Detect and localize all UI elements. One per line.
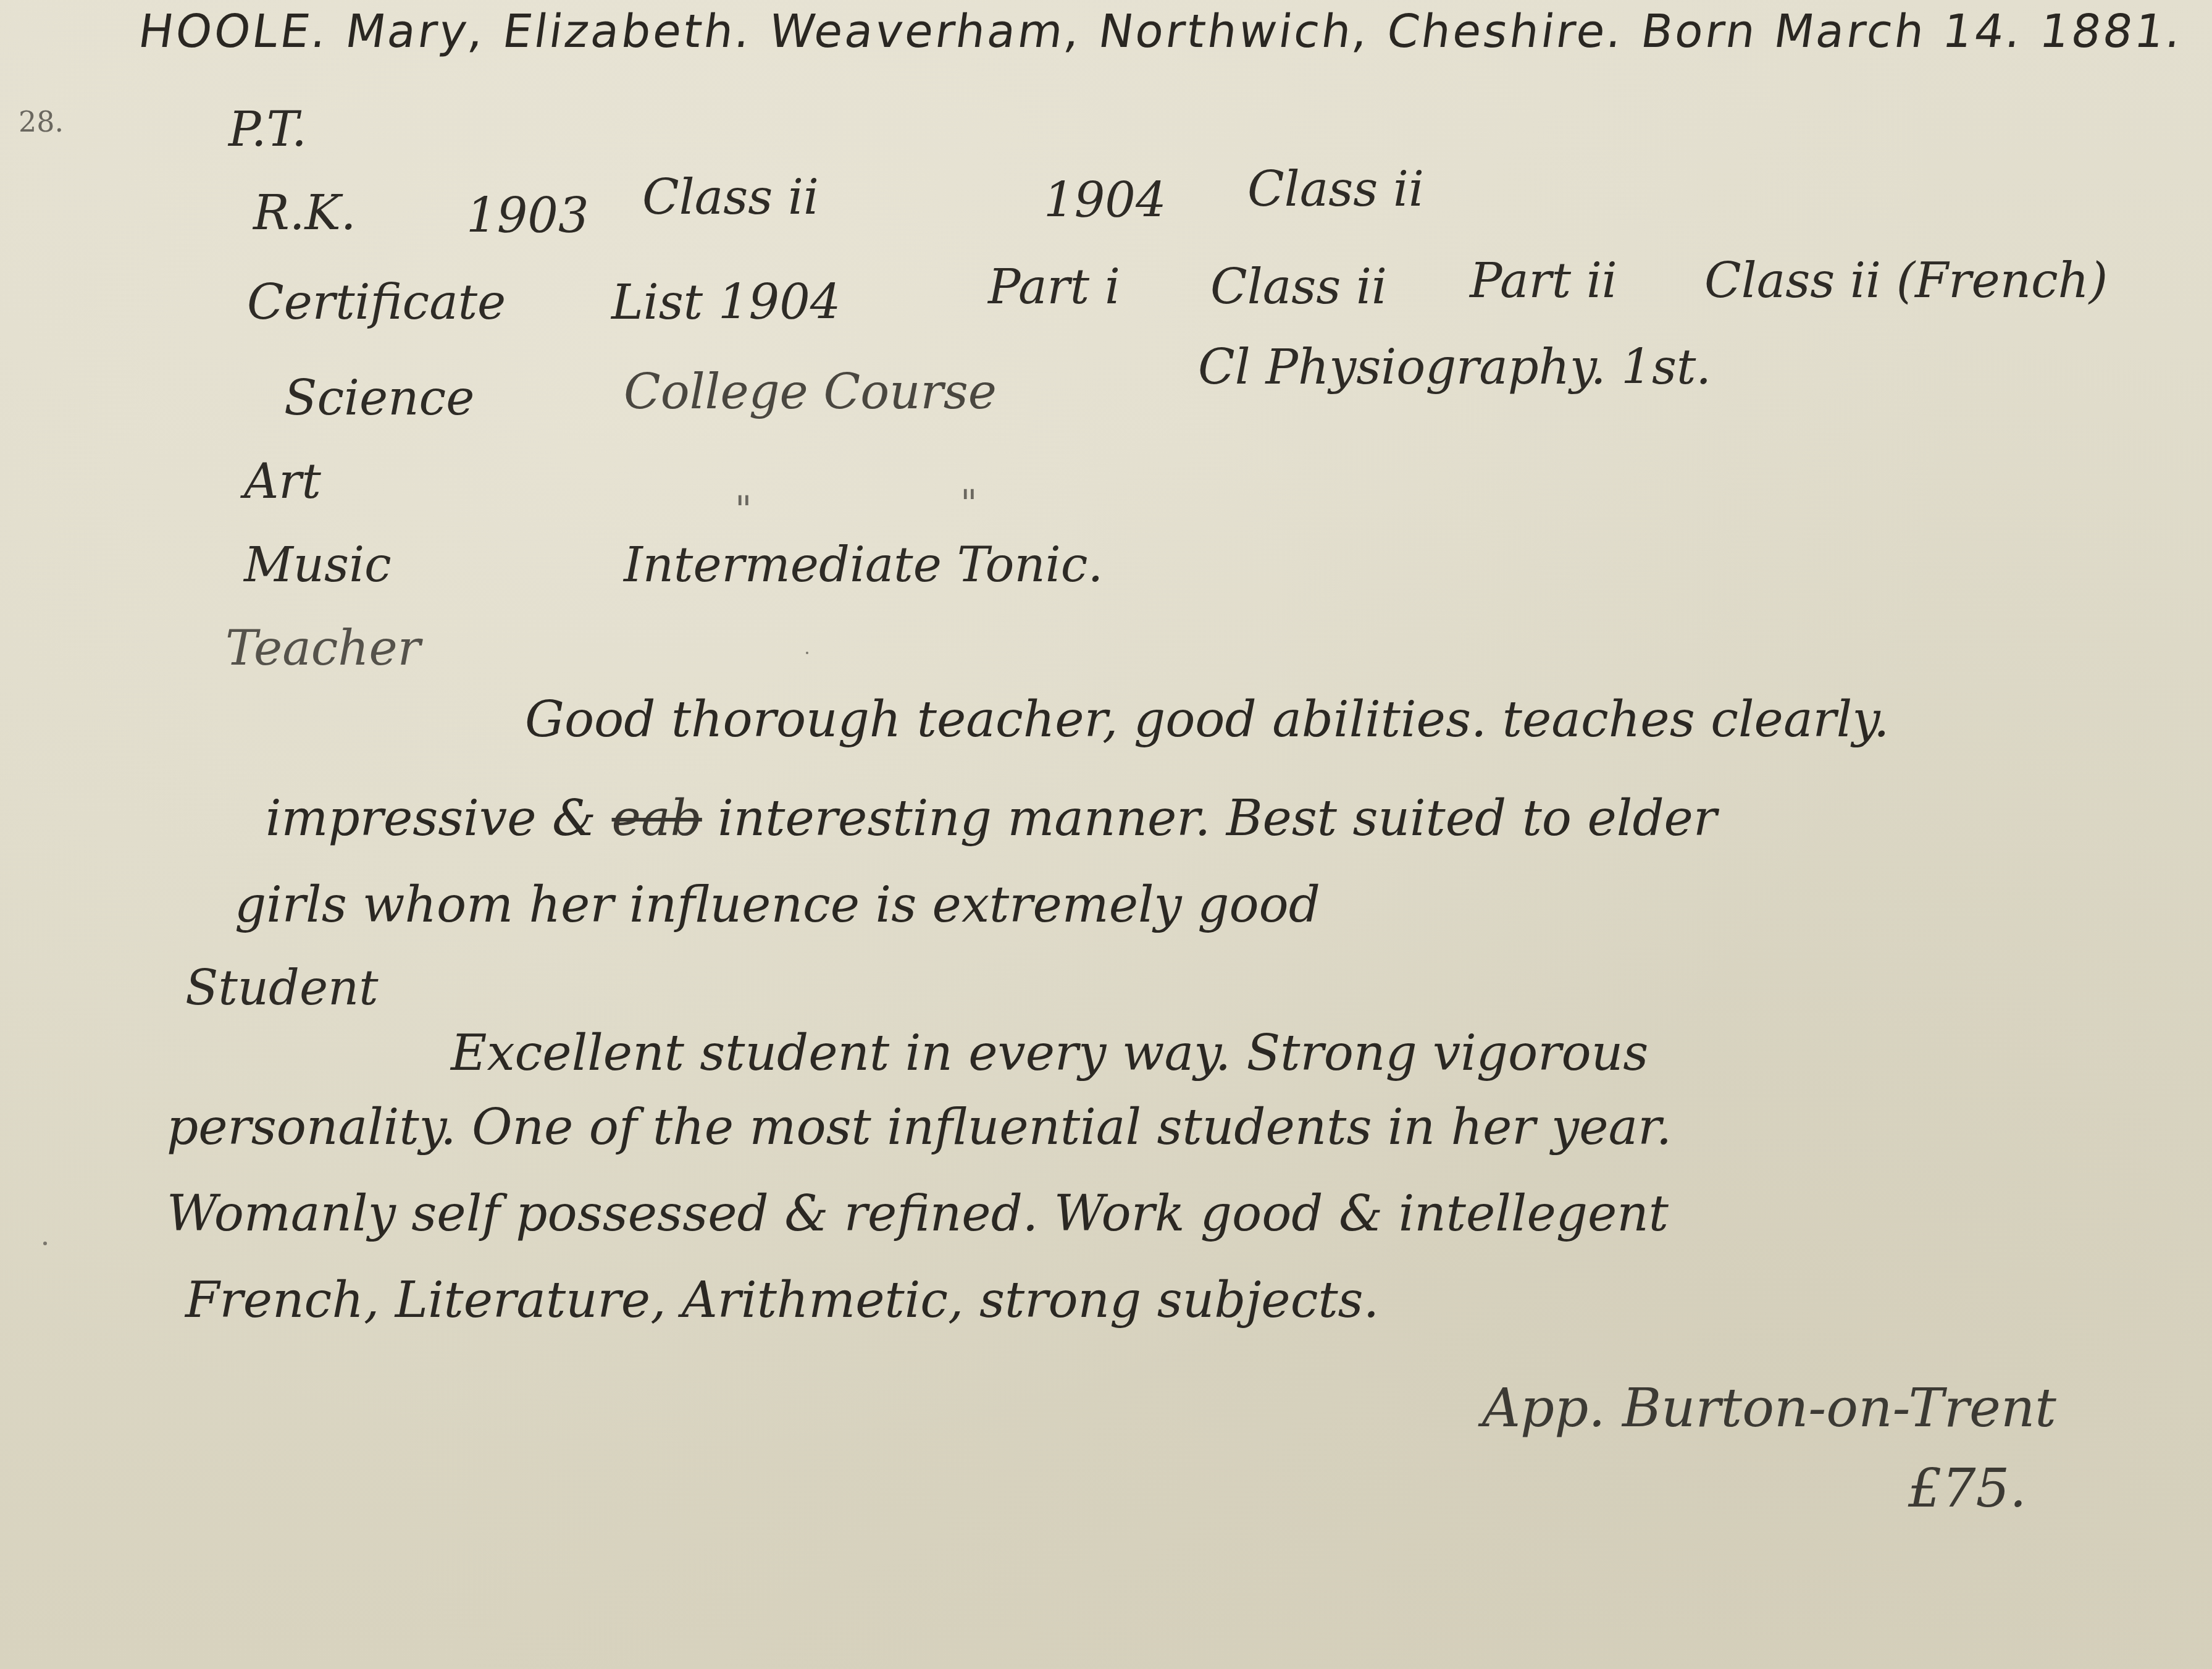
certificate-part-1-class: Class ii (1210, 259, 1387, 315)
rk-year-1903: 1903 (466, 188, 589, 244)
rk-result-1903: Class ii (642, 170, 819, 225)
art-ditto-mark-1: " (735, 488, 752, 531)
certificate-part-2-class: Class ii (French) (1704, 253, 2108, 309)
certificate-part-2: Part ii (1470, 253, 1617, 309)
header-line: HOOLE. Mary, Elizabeth. Weaverham, North… (135, 5, 2187, 58)
surname: HOOLE. (135, 5, 333, 58)
birthplace: Weaverham, Northwich, Cheshire. (766, 5, 1628, 58)
appointment-place: App. Burton-on-Trent (1482, 1377, 2056, 1439)
birth-date: Born March 14. 1881. (1638, 5, 2187, 58)
science-label: Science (284, 371, 474, 426)
given-names: Mary, Elizabeth. (342, 5, 756, 58)
register-page: HOOLE. Mary, Elizabeth. Weaverham, North… (0, 0, 2212, 1669)
teacher-line-2-start: impressive & (266, 789, 596, 847)
science-course: College Course (624, 364, 997, 420)
ink-speck (806, 652, 808, 654)
student-line-4: French, Literature, Arithmetic, strong s… (185, 1276, 1379, 1325)
ink-speck (43, 1242, 47, 1245)
rk-label: R.K. (253, 185, 356, 241)
student-line-3: Womanly self possessed & refined. Work g… (167, 1189, 1669, 1238)
appointment-salary: £75. (1908, 1458, 2026, 1520)
teacher-line-1: Good thorough teacher, good abilities. t… (525, 695, 1889, 744)
music-label: Music (244, 537, 392, 593)
art-ditto-mark-2: " (960, 482, 978, 525)
science-result: Cl Physiography. 1st. (1198, 340, 1711, 395)
entry-number: 28. (19, 105, 64, 138)
student-line-2: personality. One of the most influential… (167, 1103, 1672, 1152)
teacher-line-2: impressive & eab interesting manner. Bes… (266, 794, 1717, 843)
music-value: Intermediate Tonic. (624, 537, 1103, 593)
certificate-label: Certificate (247, 275, 506, 330)
pt-label: P.T. (228, 102, 307, 158)
certificate-list: List 1904 (611, 275, 840, 330)
student-line-1: Excellent student in every way. Strong v… (451, 1028, 1648, 1078)
teacher-line-2-end: interesting manner. Best suited to elder (718, 789, 1717, 847)
certificate-part-1: Part i (988, 259, 1120, 315)
struck-out-word: eab (612, 789, 702, 847)
rk-year-1904: 1904 (1044, 173, 1167, 229)
art-label: Art (244, 454, 321, 510)
rk-result-1904: Class ii (1247, 162, 1424, 217)
student-label: Student (185, 961, 379, 1016)
teacher-line-3: girls whom her influence is extremely go… (235, 880, 1320, 930)
teacher-label: Teacher (225, 621, 421, 676)
